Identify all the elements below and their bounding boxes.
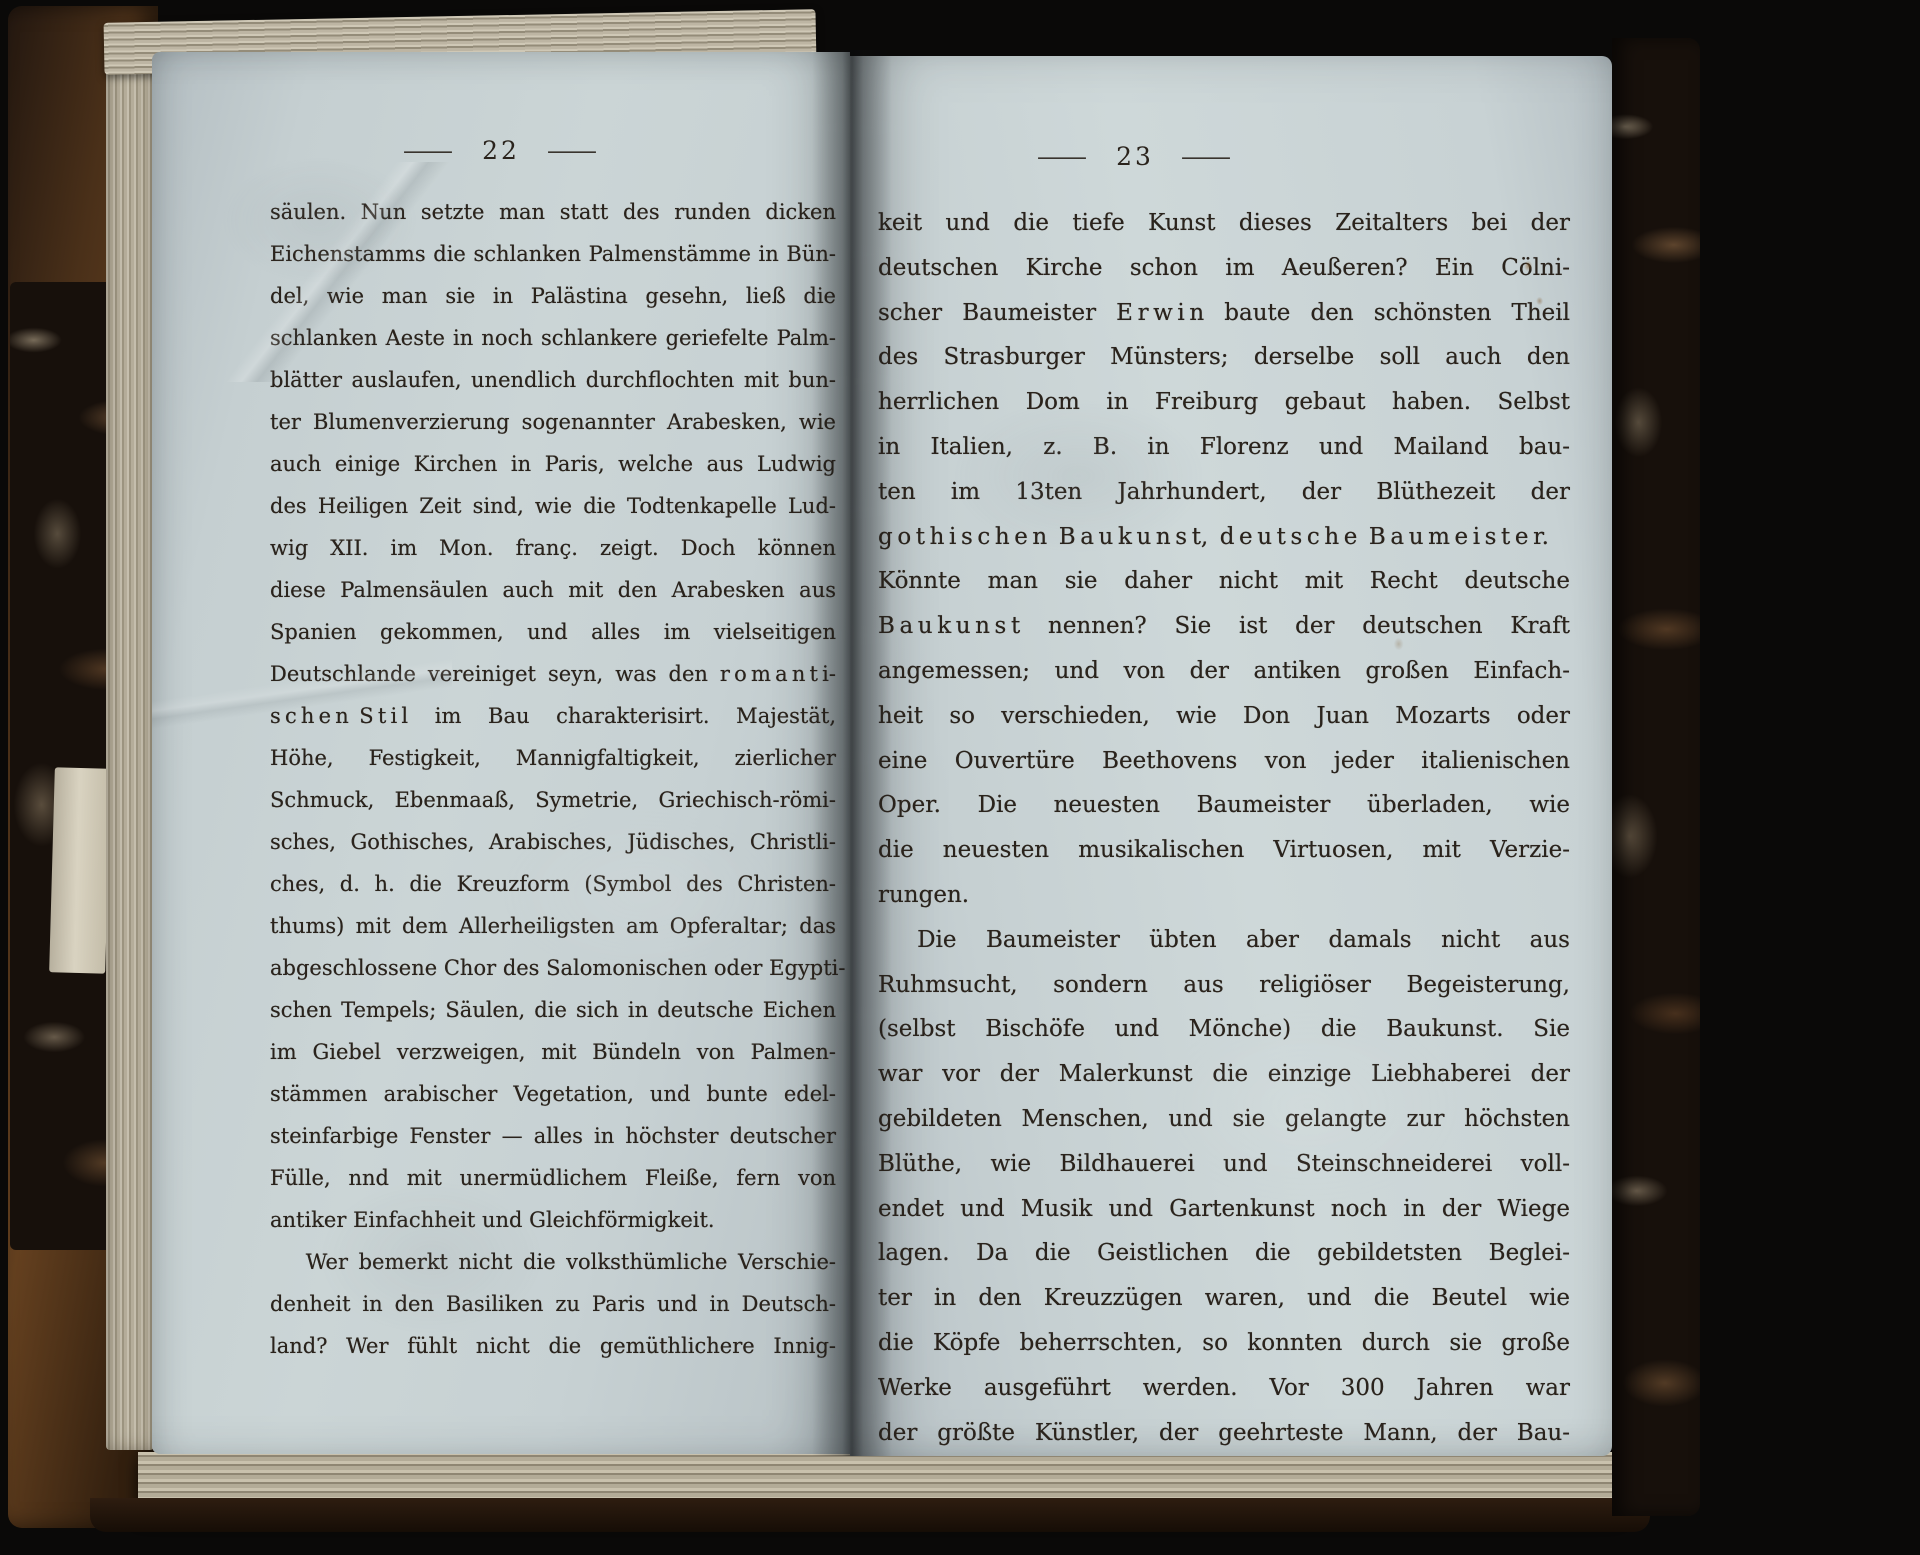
- text-line: denheit in den Basiliken zu Paris und in…: [270, 1283, 836, 1325]
- text-line: B a u k u n s t nennen? Sie ist der deut…: [878, 604, 1570, 649]
- book-page-left: — 22 — säulen. Nun setzte man statt des …: [152, 52, 850, 1454]
- text-line: endet und Musik und Gartenkunst noch in …: [878, 1187, 1570, 1232]
- header-dash-left: —: [1036, 142, 1091, 171]
- page-number: 22: [482, 136, 520, 165]
- text-line: Blüthe, wie Bildhauerei und Steinschneid…: [878, 1142, 1570, 1187]
- page-text: keit und die tiefe Kunst dieses Zeitalte…: [878, 201, 1570, 1455]
- text-line: war vor der Malerkunst die einzige Liebh…: [878, 1052, 1570, 1097]
- text-line: deutschen Kirche schon im Aeußeren? Ein …: [878, 246, 1570, 291]
- text-line: Schmuck, Ebenmaaß, Symetrie, Griechisch-…: [270, 779, 836, 821]
- text-line: Die Baumeister übten aber damals nicht a…: [878, 918, 1570, 963]
- text-line: Werke ausgeführt werden. Vor 300 Jahren …: [878, 1366, 1570, 1411]
- text-line: keit und die tiefe Kunst dieses Zeitalte…: [878, 201, 1570, 246]
- text-line: des Heiligen Zeit sind, wie die Todtenka…: [270, 485, 836, 527]
- text-line: Spanien gekommen, und alles im vielseiti…: [270, 611, 836, 653]
- text-line: land? Wer fühlt nicht die gemüthlichere …: [270, 1325, 836, 1367]
- text-line: des Strasburger Münsters; derselbe soll …: [878, 335, 1570, 380]
- loose-paper-edge: [49, 767, 111, 973]
- page-header: — 23 —: [754, 56, 1516, 171]
- text-line: der größte Künstler, der geehrteste Mann…: [878, 1411, 1570, 1456]
- text-line: die Köpfe beherrschten, so konnten durch…: [878, 1321, 1570, 1366]
- page-stack-left-edges: [106, 42, 154, 1450]
- book-page-right: — 23 — keit und die tiefe Kunst dieses Z…: [850, 56, 1612, 1456]
- text-line: schen Tempels; Säulen, die sich in deuts…: [270, 989, 836, 1031]
- photo-background: — 22 — säulen. Nun setzte man statt des …: [0, 0, 1920, 1555]
- text-line: Ruhmsucht, sondern aus religiöser Begeis…: [878, 963, 1570, 1008]
- book-cover-right-edge: [1612, 38, 1700, 1516]
- text-line: Deutschlande vereiniget seyn, was den r …: [270, 653, 836, 695]
- text-line: angemessen; und von der antiken großen E…: [878, 649, 1570, 694]
- text-line: rungen.: [878, 873, 1570, 918]
- text-line: g o t h i s c h e n B a u k u n s t, d e…: [878, 515, 1570, 560]
- text-line: wig XII. im Mon. franç. zeigt. Doch könn…: [270, 527, 836, 569]
- book-cover-bottom-edge: [90, 1498, 1650, 1532]
- text-line: gebildeten Menschen, und sie gelangte zu…: [878, 1097, 1570, 1142]
- page-number: 23: [1116, 142, 1154, 171]
- text-line: in Italien, z. B. in Florenz und Mailand…: [878, 425, 1570, 470]
- text-line: herrlichen Dom in Freiburg gebaut haben.…: [878, 380, 1570, 425]
- header-dash-left: —: [402, 136, 457, 165]
- text-line: Könnte man sie daher nicht mit Recht deu…: [878, 559, 1570, 604]
- text-line: blätter auslaufen, unendlich durchflocht…: [270, 359, 836, 401]
- text-line: eine Ouvertüre Beethovens von jeder ital…: [878, 739, 1570, 784]
- text-line: diese Palmensäulen auch mit den Arabeske…: [270, 569, 836, 611]
- text-line: s c h e n S t i l im Bau charakterisirt.…: [270, 695, 836, 737]
- text-line: die neuesten musikalischen Virtuosen, mi…: [878, 828, 1570, 873]
- text-line: im Giebel verzweigen, mit Bündeln von Pa…: [270, 1031, 836, 1073]
- text-line: Eichenstamms die schlanken Palmenstämme …: [270, 233, 836, 275]
- text-line: stämmen arabischer Vegetation, und bunte…: [270, 1073, 836, 1115]
- text-line: säulen. Nun setzte man statt des runden …: [270, 191, 836, 233]
- text-line: lagen. Da die Geistlichen die gebildetst…: [878, 1231, 1570, 1276]
- text-line: Fülle, nnd mit unermüdlichem Fleiße, fer…: [270, 1157, 836, 1199]
- page-text: säulen. Nun setzte man statt des runden …: [270, 191, 836, 1367]
- header-dash-right: —: [1180, 142, 1235, 171]
- text-line: schlanken Aeste in noch schlankere gerie…: [270, 317, 836, 359]
- text-line: ten im 13ten Jahrhundert, der Blüthezeit…: [878, 470, 1570, 515]
- text-line: ter Blumenverzierung sogenannter Arabesk…: [270, 401, 836, 443]
- header-dash-right: —: [546, 136, 601, 165]
- text-line: ter in den Kreuzzügen waren, und die Beu…: [878, 1276, 1570, 1321]
- text-line: steinfarbige Fenster — alles in höchster…: [270, 1115, 836, 1157]
- text-line: del, wie man sie in Palästina gesehn, li…: [270, 275, 836, 317]
- text-line: heit so verschieden, wie Don Juan Mozart…: [878, 694, 1570, 739]
- text-line: (selbst Bischöfe und Mönche) die Baukuns…: [878, 1007, 1570, 1052]
- text-line: abgeschlossene Chor des Salomonischen od…: [270, 947, 836, 989]
- text-line: auch einige Kirchen in Paris, welche aus…: [270, 443, 836, 485]
- text-line: Höhe, Festigkeit, Mannigfaltigkeit, zier…: [270, 737, 836, 779]
- text-line: sches, Gothisches, Arabisches, Jüdisches…: [270, 821, 836, 863]
- page-header: — 22 —: [152, 52, 850, 165]
- text-line: Oper. Die neuesten Baumeister überladen,…: [878, 783, 1570, 828]
- text-line: antiker Einfachheit und Gleichförmigkeit…: [270, 1199, 836, 1241]
- text-line: thums) mit dem Allerheiligsten am Opfera…: [270, 905, 836, 947]
- text-line: scher Baumeister E r w i n baute den sch…: [878, 291, 1570, 336]
- text-line: ches, d. h. die Kreuzform (Symbol des Ch…: [270, 863, 836, 905]
- text-line: Wer bemerkt nicht die volksthümliche Ver…: [270, 1241, 836, 1283]
